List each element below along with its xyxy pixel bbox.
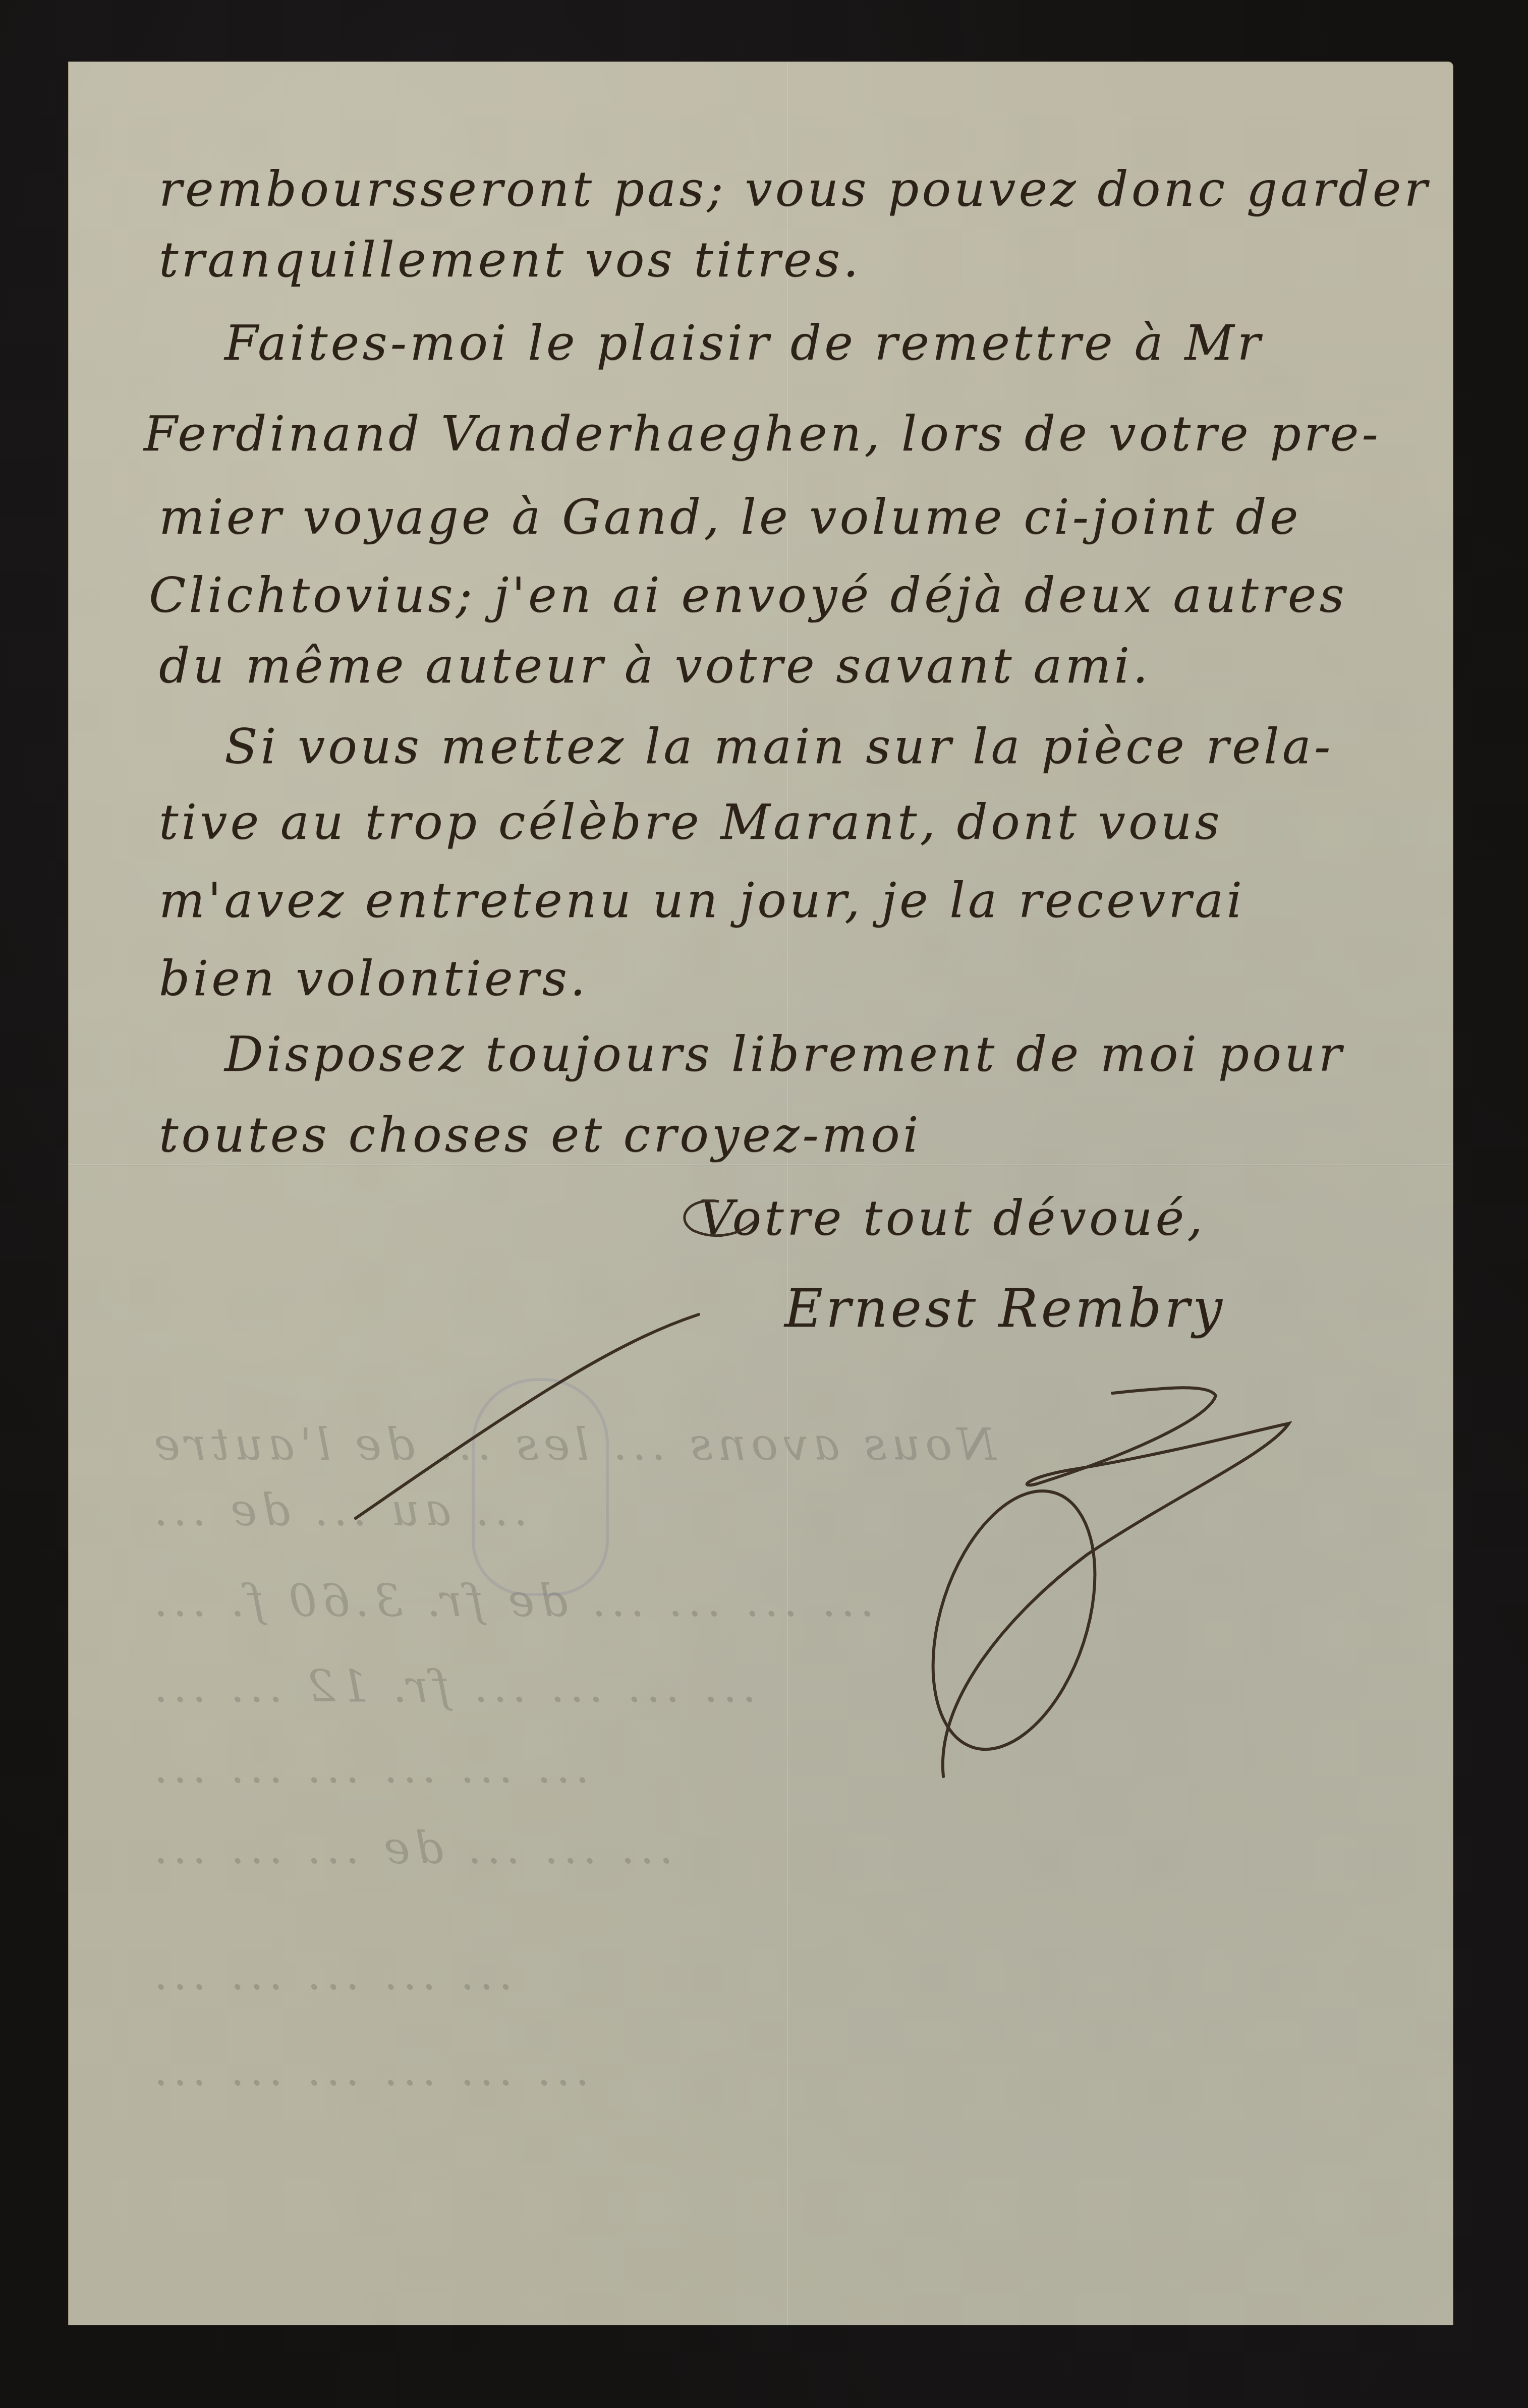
letter-page: Nous avons ... les ... de l'autre ... au… — [68, 62, 1453, 2325]
signature-flourish — [68, 62, 1453, 2325]
